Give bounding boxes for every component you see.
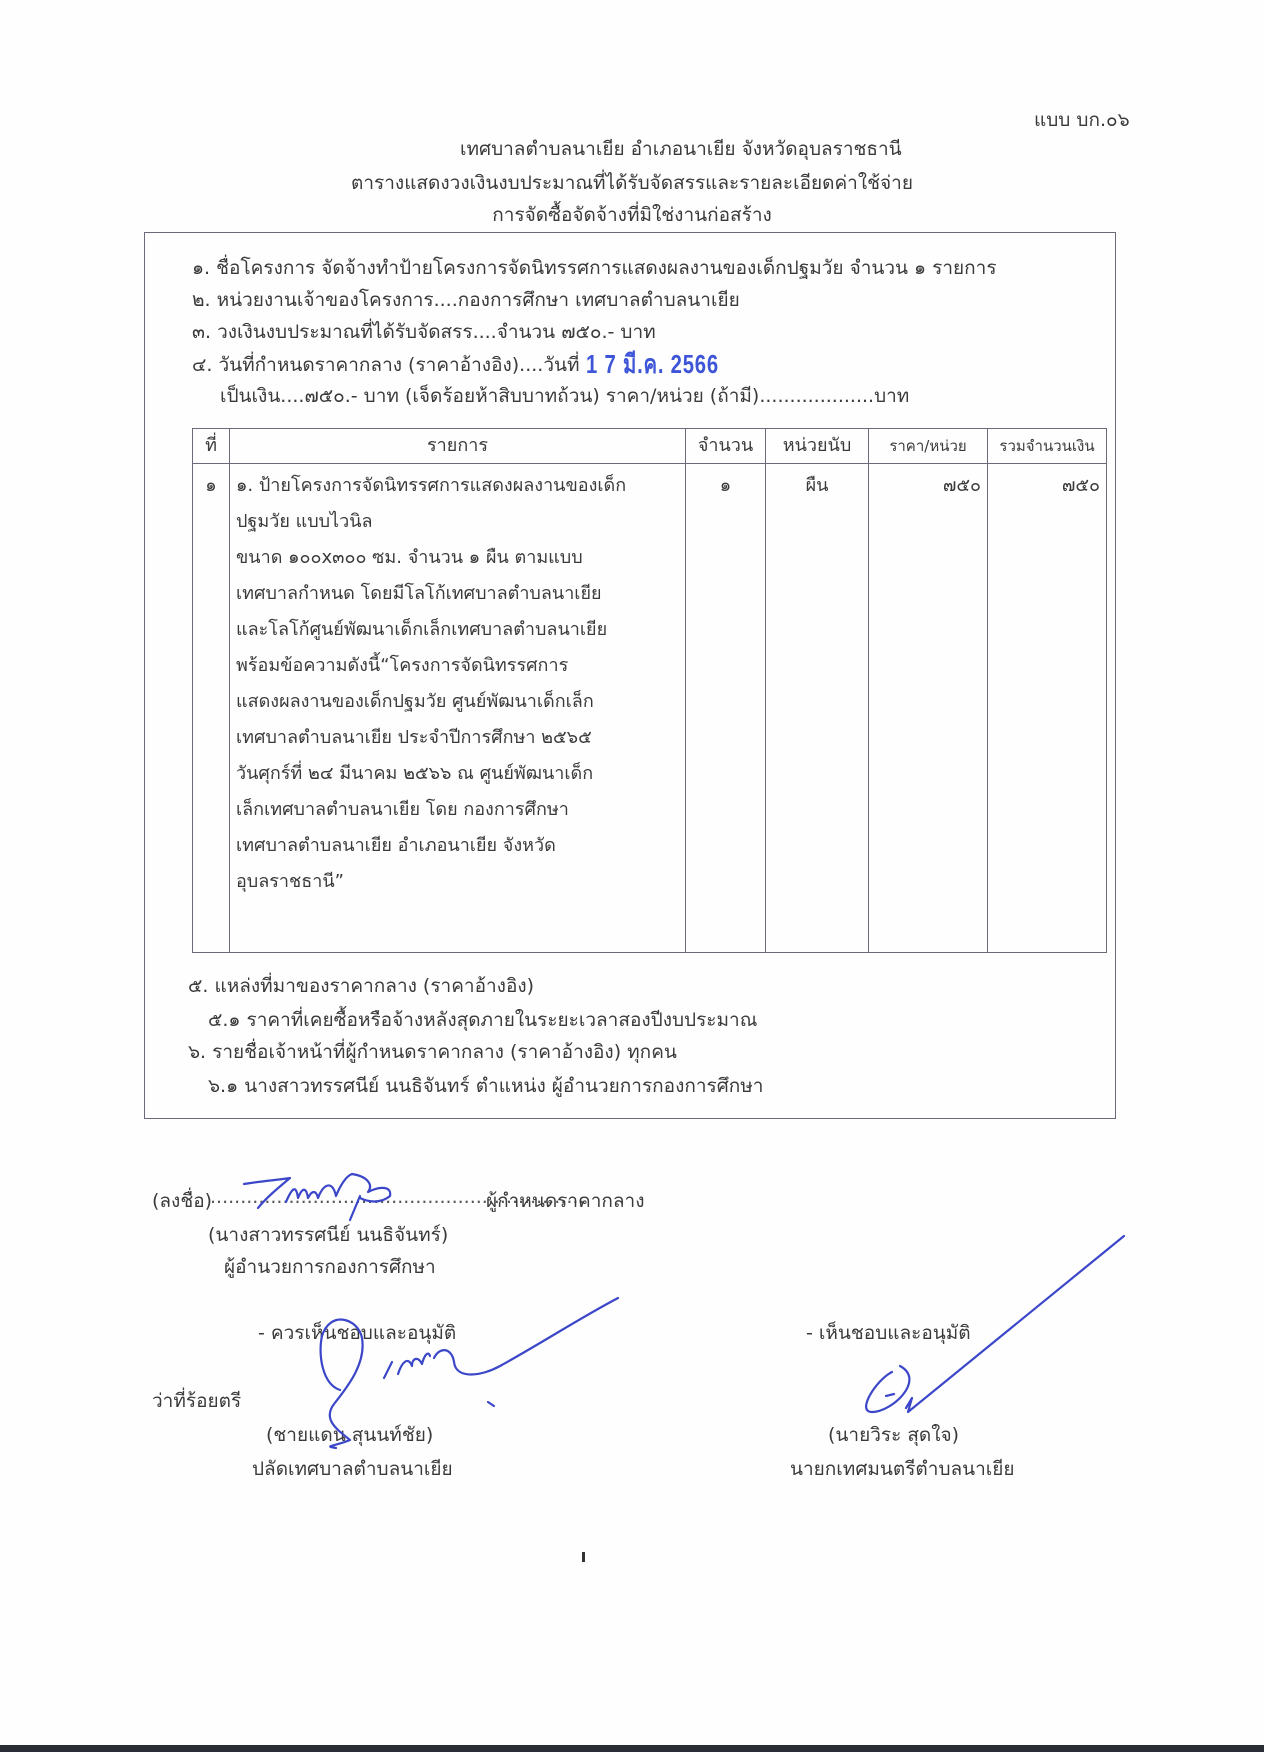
description-line: ขนาด ๑๐๐x๓๐๐ ซม. จำนวน ๑ ผืน ตามแบบ [236, 540, 679, 576]
price-source-heading: ๕. แหล่งที่มาของราคากลาง (ราคาอ้างอิง) [188, 970, 534, 1003]
description-line: ๑. ป้ายโครงการจัดนิทรรศการแสดงผลงานของเด… [236, 468, 679, 504]
mayor-position: นายกเทศมนตรีตำบลนาเยีย [790, 1454, 1015, 1484]
reference-price-date-label: ๔. วันที่กำหนดราคากลาง (ราคาอ้างอิง)....… [192, 354, 586, 376]
recommendation-label: - ควรเห็นชอบและอนุมัติ [258, 1318, 456, 1348]
description-line: และโลโก้ศูนย์พัฒนาเด็กเล็กเทศบาลตำบลนาเย… [236, 612, 679, 648]
scan-artifact [582, 1552, 585, 1562]
signature-prefix: (ลงชื่อ) [152, 1186, 212, 1216]
price-setter-position: ผู้อำนวยการกองการศึกษา [224, 1252, 436, 1282]
description-line: พร้อมข้อความดังนี้“โครงการจัดนิทรรศการ [236, 648, 679, 684]
description-line: ปฐมวัย แบบไวนิล [236, 504, 679, 540]
cost-table: ที่ รายการ จำนวน หน่วยนับ ราคา/หน่วย รวม… [192, 428, 1107, 953]
header-subtitle: การจัดซื้อจัดจ้างที่มิใช่งานก่อสร้าง [0, 200, 1264, 230]
description-line: เล็กเทศบาลตำบลนาเยีย โดย กองการศึกษา [236, 792, 679, 828]
price-source-detail: ๕.๑ ราคาที่เคยซื้อหรือจ้างหลังสุดภายในระ… [208, 1004, 757, 1037]
header-organization-text: เทศบาลตำบลนาเยีย อำเภอนาเยีย จังหวัดอุบล… [460, 138, 902, 160]
project-owner: ๒. หน่วยงานเจ้าของโครงการ....กองการศึกษา… [192, 284, 740, 317]
description-line: เทศบาลกำหนด โดยมีโลโก้เทศบาลตำบลนาเยีย [236, 576, 679, 612]
scan-edge-bar [0, 1745, 1264, 1752]
deputy-rank: ว่าที่ร้อยตรี [152, 1386, 241, 1416]
col-header-no: ที่ [193, 429, 230, 464]
reference-price-amount: เป็นเงิน....๗๕๐.- บาท (เจ็ดร้อยห้าสิบบาท… [220, 380, 909, 413]
description-line: อุบลราชธานี” [236, 864, 679, 900]
header-title: ตารางแสดงวงเงินงบประมาณที่ได้รับจัดสรรแล… [0, 168, 1264, 198]
col-header-quantity: จำนวน [686, 429, 766, 464]
form-code: แบบ บก.๐๖ [1034, 104, 1130, 137]
cell-unit-price: ๗๕๐ [869, 464, 988, 953]
deputy-name: (ชายแดน สุนนท์ชัย) [266, 1420, 433, 1450]
col-header-total: รวมจำนวนเงิน [988, 429, 1107, 464]
header-organization: เทศบาลตำบลนาเยีย อำเภอนาเยีย จังหวัดอุบล… [0, 134, 1264, 164]
price-setter-name: (นางสาวทรรศนีย์ นนธิจันทร์) [208, 1220, 448, 1250]
description-line: วันศุกร์ที่ ๒๔ มีนาคม ๒๕๖๖ ณ ศูนย์พัฒนาเ… [236, 756, 679, 792]
project-name: ๑. ชื่อโครงการ จัดจ้างทำป้ายโครงการจัดนิ… [192, 252, 997, 285]
signature-role: ผู้กำหนดราคากลาง [486, 1186, 645, 1216]
date-stamp: 1 7 มี.ค. 2566 [586, 348, 719, 381]
cell-quantity: ๑ [686, 464, 766, 953]
cell-unit: ผืน [766, 464, 869, 953]
col-header-unit: หน่วยนับ [766, 429, 869, 464]
deputy-position: ปลัดเทศบาลตำบลนาเยีย [252, 1454, 453, 1484]
description-line: แสดงผลงานของเด็กปฐมวัย ศูนย์พัฒนาเด็กเล็… [236, 684, 679, 720]
col-header-description: รายการ [230, 429, 686, 464]
price-setter-entry: ๖.๑ นางสาวทรรศนีย์ นนธิจันทร์ ตำแหน่ง ผู… [208, 1070, 763, 1103]
approval-label: - เห็นชอบและอนุมัติ [806, 1318, 971, 1348]
mayor-name: (นายวิระ สุดใจ) [828, 1420, 959, 1450]
cell-no: ๑ [193, 464, 230, 953]
cell-description: ๑. ป้ายโครงการจัดนิทรรศการแสดงผลงานของเด… [230, 464, 686, 953]
cell-total: ๗๕๐ [988, 464, 1107, 953]
col-header-unit-price: ราคา/หน่วย [869, 429, 988, 464]
description-line: เทศบาลตำบลนาเยีย ประจำปีการศึกษา ๒๕๖๕ [236, 720, 679, 756]
reference-price-date: ๔. วันที่กำหนดราคากลาง (ราคาอ้างอิง)....… [192, 346, 756, 382]
table-row: ๑ ๑. ป้ายโครงการจัดนิทรรศการแสดงผลงานของ… [193, 464, 1107, 953]
price-setters-heading: ๖. รายชื่อเจ้าหน้าที่ผู้กำหนดราคากลาง (ร… [188, 1036, 677, 1069]
table-header-row: ที่ รายการ จำนวน หน่วยนับ ราคา/หน่วย รวม… [193, 429, 1107, 464]
description-line: เทศบาลตำบลนาเยีย อำเภอนาเยีย จังหวัด [236, 828, 679, 864]
allocated-budget: ๓. วงเงินงบประมาณที่ได้รับจัดสรร....จำนว… [192, 316, 656, 349]
